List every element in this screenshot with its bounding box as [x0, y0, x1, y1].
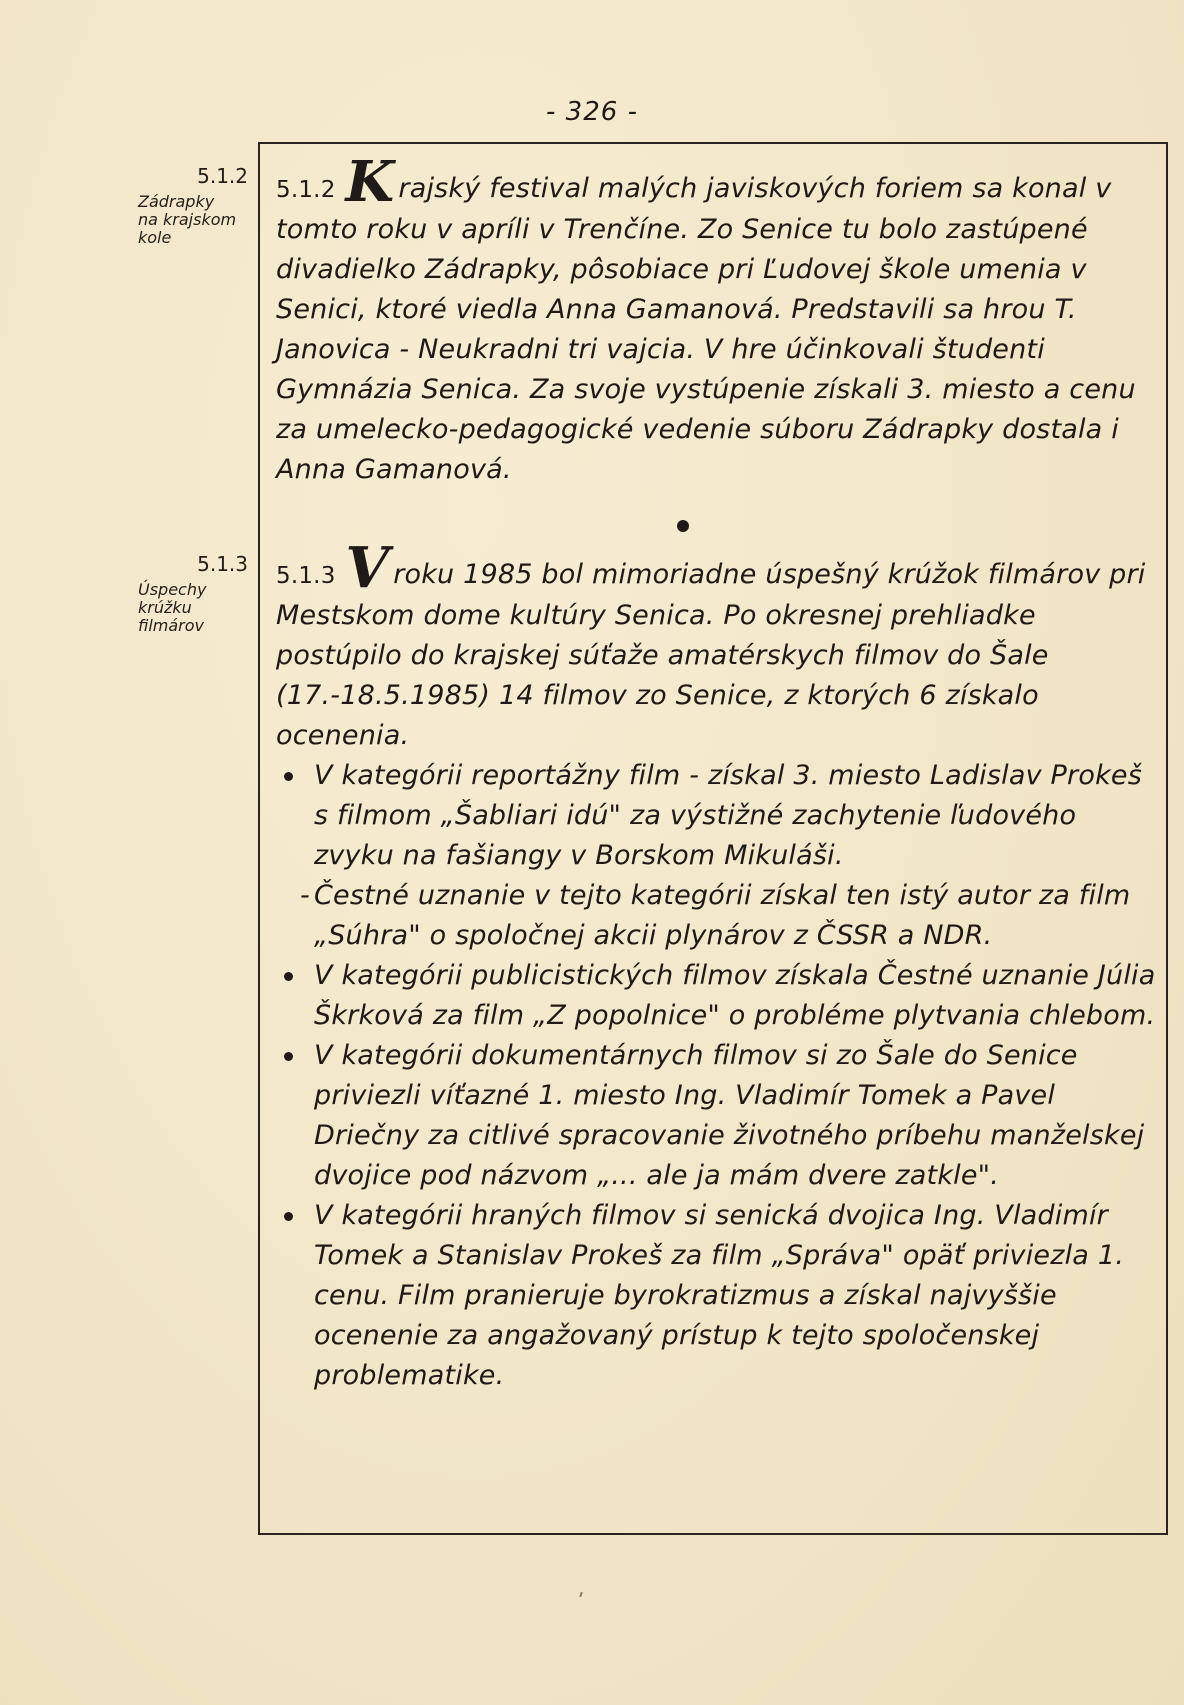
list-item: V kategórii hraných filmov si senická dv…	[276, 1196, 1156, 1396]
paper-speck	[579, 1592, 583, 1597]
award-list: V kategórii reportážny film - získal 3. …	[276, 756, 1156, 1396]
drop-initial: K	[346, 149, 395, 215]
section-5-1-2: 5.1.2Krajský festival malých javiskových…	[276, 162, 1156, 490]
margin-note-5-1-3: 5.1.3 Úspechy krúžku filmárov	[138, 556, 256, 635]
section-intro: 5.1.3Vroku 1985 bol mimoriadne úspešný k…	[276, 548, 1156, 756]
section-text: rajský festival malých javiskových forie…	[276, 173, 1136, 485]
ink-dot-mark	[677, 520, 689, 532]
margin-note-title: Úspechy krúžku filmárov	[138, 581, 256, 635]
list-item: V kategórii publicistických filmov získa…	[276, 956, 1156, 1036]
section-number: 5.1.2	[276, 177, 336, 203]
list-item: V kategórii reportážny film - získal 3. …	[276, 756, 1156, 876]
section-5-1-3: 5.1.3Vroku 1985 bol mimoriadne úspešný k…	[276, 548, 1156, 1396]
list-item: Čestné uznanie v tejto kategórii získal …	[276, 876, 1156, 956]
section-text: roku 1985 bol mimoriadne úspešný krúžok …	[276, 559, 1146, 751]
page-number: - 326 -	[0, 97, 1184, 127]
margin-note-title: Zádrapky na krajskom kole	[138, 193, 256, 247]
list-item: V kategórii dokumentárnych filmov si zo …	[276, 1036, 1156, 1196]
drop-initial: V	[346, 535, 390, 601]
section-number: 5.1.3	[276, 563, 336, 589]
margin-note-number: 5.1.3	[138, 556, 256, 573]
margin-note-number: 5.1.2	[138, 168, 256, 185]
margin-note-5-1-2: 5.1.2 Zádrapky na krajskom kole	[138, 168, 256, 247]
